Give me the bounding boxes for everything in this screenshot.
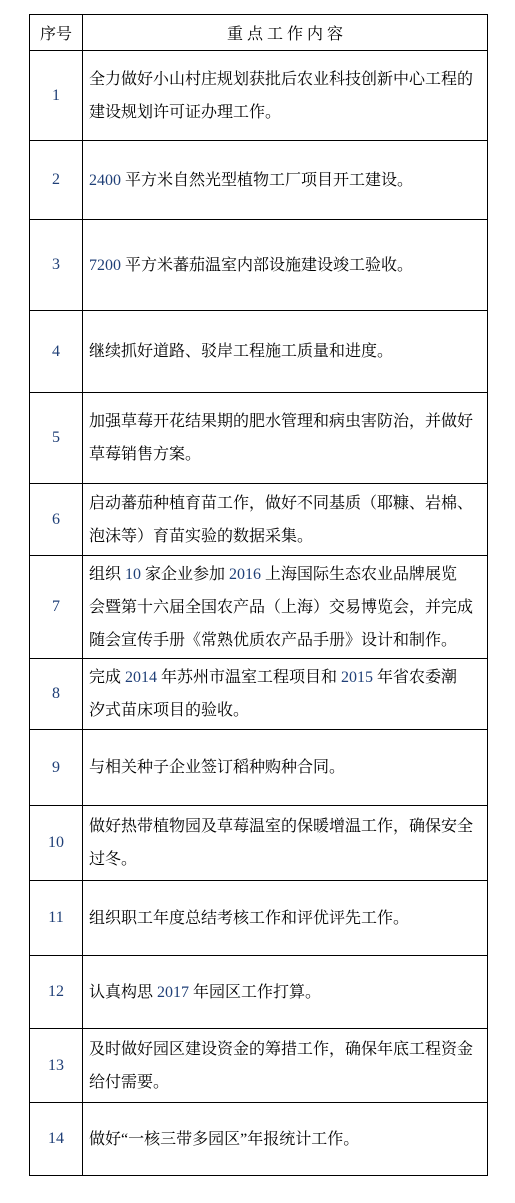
row-content: 全力做好小山村庄规划获批后农业科技创新中心工程的建设规划许可证办理工作。 — [83, 51, 488, 141]
row-number: 11 — [30, 881, 83, 956]
row-number: 10 — [30, 806, 83, 881]
table-row: 14 做好“一核三带多园区”年报统计工作。 — [30, 1103, 488, 1176]
header-work-content: 重点工作内容 — [83, 15, 488, 51]
table-row: 10 做好热带植物园及草莓温室的保暖增温工作，确保安全过冬。 — [30, 806, 488, 881]
table-row: 8 完成 2014 年苏州市温室工程项目和 2015 年省农委潮汐式苗床项目的验… — [30, 659, 488, 730]
row-number: 13 — [30, 1029, 83, 1103]
row-content: 完成 2014 年苏州市温室工程项目和 2015 年省农委潮汐式苗床项目的验收。 — [83, 659, 488, 730]
table-row: 1 全力做好小山村庄规划获批后农业科技创新中心工程的建设规划许可证办理工作。 — [30, 51, 488, 141]
table-row: 4 继续抓好道路、驳岸工程施工质量和进度。 — [30, 311, 488, 393]
row-number: 4 — [30, 311, 83, 393]
table-row: 6 启动蕃茄种植育苗工作，做好不同基质（耶糠、岩棉、泡沫等）育苗实验的数据采集。 — [30, 484, 488, 556]
row-number: 5 — [30, 393, 83, 484]
row-content: 继续抓好道路、驳岸工程施工质量和进度。 — [83, 311, 488, 393]
row-number: 8 — [30, 659, 83, 730]
row-content: 与相关种子企业签订稻种购种合同。 — [83, 730, 488, 806]
table-row: 11 组织职工年度总结考核工作和评优评先工作。 — [30, 881, 488, 956]
row-content: 做好热带植物园及草莓温室的保暖增温工作，确保安全过冬。 — [83, 806, 488, 881]
table-row: 9 与相关种子企业签订稻种购种合同。 — [30, 730, 488, 806]
row-content: 加强草莓开花结果期的肥水管理和病虫害防治，并做好草莓销售方案。 — [83, 393, 488, 484]
row-content: 组织职工年度总结考核工作和评优评先工作。 — [83, 881, 488, 956]
table-header-row: 序号 重点工作内容 — [30, 15, 488, 51]
table-row: 7 组织 10 家企业参加 2016 上海国际生态农业品牌展览会暨第十六届全国农… — [30, 556, 488, 659]
row-number: 1 — [30, 51, 83, 141]
row-number: 6 — [30, 484, 83, 556]
row-content: 组织 10 家企业参加 2016 上海国际生态农业品牌展览会暨第十六届全国农产品… — [83, 556, 488, 659]
table-row: 5 加强草莓开花结果期的肥水管理和病虫害防治，并做好草莓销售方案。 — [30, 393, 488, 484]
row-content: 7200 平方米蕃茄温室内部设施建设竣工验收。 — [83, 220, 488, 311]
row-number: 12 — [30, 956, 83, 1029]
row-content: 2400 平方米自然光型植物工厂项目开工建设。 — [83, 141, 488, 220]
row-number: 14 — [30, 1103, 83, 1176]
row-content: 启动蕃茄种植育苗工作，做好不同基质（耶糠、岩棉、泡沫等）育苗实验的数据采集。 — [83, 484, 488, 556]
table-row: 2 2400 平方米自然光型植物工厂项目开工建设。 — [30, 141, 488, 220]
row-content: 及时做好园区建设资金的筹措工作，确保年底工程资金给付需要。 — [83, 1029, 488, 1103]
header-serial-number: 序号 — [30, 15, 83, 51]
table-row: 3 7200 平方米蕃茄温室内部设施建设竣工验收。 — [30, 220, 488, 311]
table-row: 12 认真构思 2017 年园区工作打算。 — [30, 956, 488, 1029]
table-row: 13 及时做好园区建设资金的筹措工作，确保年底工程资金给付需要。 — [30, 1029, 488, 1103]
row-number: 3 — [30, 220, 83, 311]
row-number: 2 — [30, 141, 83, 220]
row-content: 做好“一核三带多园区”年报统计工作。 — [83, 1103, 488, 1176]
row-number: 7 — [30, 556, 83, 659]
key-work-table: 序号 重点工作内容 1 全力做好小山村庄规划获批后农业科技创新中心工程的建设规划… — [29, 14, 488, 1176]
row-content: 认真构思 2017 年园区工作打算。 — [83, 956, 488, 1029]
row-number: 9 — [30, 730, 83, 806]
